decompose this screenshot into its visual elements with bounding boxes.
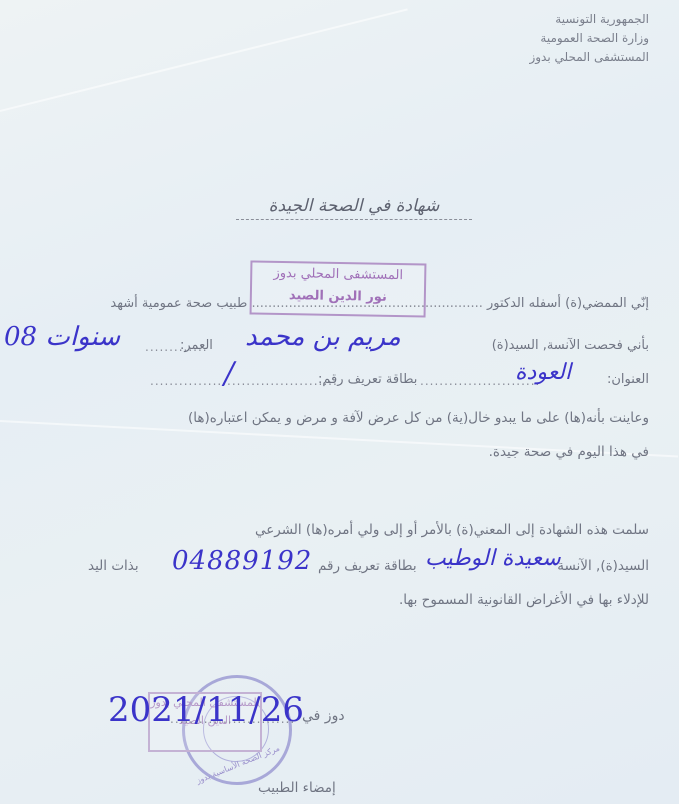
doctor-stamp-hospital: المستشفى المحلي بدوز — [252, 263, 424, 288]
age-blank: ............. — [145, 340, 208, 354]
signature-label: إمضاء الطبيب — [258, 780, 336, 796]
delivery-statement-line1: سلمت هذه الشهادة إلى المعني(ة) بالأمر أو… — [255, 522, 649, 538]
institution-header: الجمهورية التونسية وزارة الصحة العمومية … — [529, 10, 649, 67]
paper-fold-line — [0, 8, 408, 112]
patient-name-field: مريم بن محمد — [245, 322, 401, 352]
patient-prefix: بأني فحصت الآنسة, السيد(ة) — [492, 338, 649, 353]
header-hospital: المستشفى المحلي بدوز — [529, 48, 649, 67]
health-statement-line1: وعاينت بأنه(ها) على ما يبدو خال(ية) من ك… — [188, 410, 649, 426]
document-title: شهادة في الصحة الجيدة — [236, 196, 472, 220]
guardian-line-prefix: السيد(ة), الآنسة — [557, 558, 649, 574]
id-value-field: / — [224, 356, 234, 391]
place-label: دوز في — [302, 708, 345, 724]
id-blank: ....................................... — [150, 374, 338, 388]
declaration-suffix: طبيب صحة عمومية أشهد — [110, 296, 247, 311]
delivery-statement-line3: للإدلاء بها في الأغراض القانونية المسموح… — [399, 592, 649, 608]
guardian-line-suffix: بذات اليد — [88, 558, 139, 574]
header-republic: الجمهورية التونسية — [529, 10, 649, 29]
guardian-name-field: سعيدة الوطيب — [425, 546, 561, 571]
declaration-prefix: إنّي الممضي(ة) أسفله الدكتور — [487, 296, 649, 311]
declaration-line: إنّي الممضي(ة) أسفله الدكتور ...........… — [110, 296, 649, 311]
header-ministry: وزارة الصحة العمومية — [529, 29, 649, 48]
doctor-name-blank: ........................................… — [251, 296, 482, 311]
address-label: العنوان: — [607, 372, 649, 387]
date-field: 2021/11/26 — [108, 690, 304, 730]
patient-line: بأني فحصت الآنسة, السيد(ة) — [492, 338, 649, 353]
guardian-id-field: 04889192 — [172, 546, 312, 576]
age-value-field: 08 سنوات — [4, 322, 120, 352]
health-statement-line2: في هذا اليوم في صحة جيدة. — [489, 444, 649, 460]
address-value-field: العودة — [515, 360, 571, 385]
guardian-id-label: بطاقة تعريف رقم — [318, 558, 417, 574]
